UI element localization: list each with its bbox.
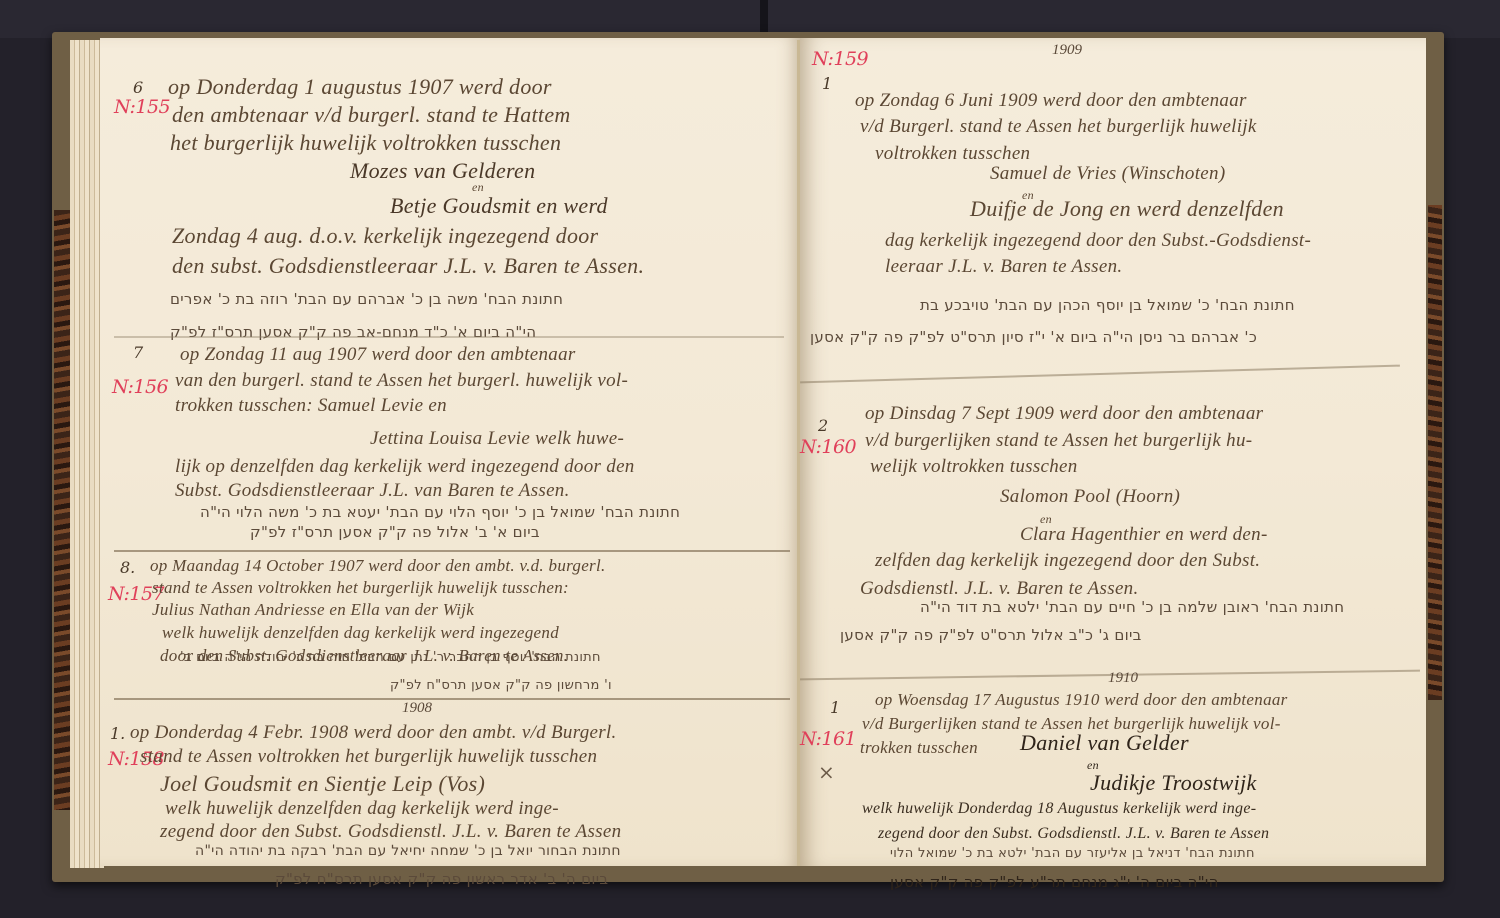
entry-sequence: 1 (830, 698, 840, 717)
entry-text-line: op Donderdag 4 Febr. 1908 werd door den … (130, 722, 617, 744)
page-stack-edge (70, 40, 104, 868)
entry-text-line: v/d Burgerl. stand te Assen het burgerli… (860, 116, 1257, 138)
cross-mark-icon: × (818, 760, 835, 784)
entry-number: N:155 (114, 96, 170, 118)
entry-text-line: stand te Assen voltrokken het burgerlijk… (152, 578, 569, 598)
backdrop-seam (760, 0, 768, 36)
entry-text-line: Joel Goudsmit en Sientje Leip (Vos) (160, 771, 485, 797)
marbled-edge-left (54, 210, 70, 810)
entry-text-line: op Zondag 6 Juni 1909 werd door den ambt… (855, 90, 1247, 112)
entry-text-line: den subst. Godsdienstleeraar J.L. v. Bar… (172, 253, 644, 279)
entry-number: N:156 (112, 376, 168, 398)
entry-text-line: voltrokken tusschen (875, 143, 1030, 165)
entry-text-line: het burgerlijk huwelijk voltrokken tussc… (170, 130, 561, 156)
entry-text-line: welk huwelijk denzelfden dag kerkelijk w… (162, 623, 559, 643)
entry-text-line: Subst. Godsdienstleeraar J.L. van Baren … (175, 480, 570, 502)
entry-text-line: trokken tusschen: Samuel Levie en (175, 395, 447, 417)
left-page: 6 N:155 op Donderdag 1 augustus 1907 wer… (100, 38, 800, 866)
entry-text-line: op Zondag 11 aug 1907 werd door den ambt… (180, 344, 576, 366)
bride-name: Jettina Louisa Levie welk huwe- (370, 428, 624, 450)
right-page: 1909 N:159 1 op Zondag 6 Juni 1909 werd … (800, 38, 1426, 866)
entry-sequence: 8. (120, 558, 135, 577)
entry-text-line: op Woensdag 17 Augustus 1910 werd door d… (875, 690, 1288, 710)
entry-text-line: welijk voltrokken tusschen (870, 456, 1078, 478)
bride-name: Betje Goudsmit en werd (390, 193, 608, 219)
bride-name: Clara Hagenthier en werd den- (1020, 524, 1268, 546)
hebrew-text-line: חתונת הבח' ראובן שלמה בן כ' חיים עם הבת'… (920, 598, 1344, 616)
marbled-edge-right (1428, 205, 1442, 700)
hebrew-text-line: ו' מרחשון פה ק"ק אסען תרס"ח לפ"ק (390, 678, 612, 693)
entry-sequence: 1. (110, 724, 125, 743)
entry-text-line: zelfden dag kerkelijk ingezegend door de… (875, 550, 1260, 572)
entry-text-line: op Donderdag 1 augustus 1907 werd door (168, 74, 552, 100)
entry-text-line: lijk op denzelfden dag kerkelijk werd in… (175, 456, 635, 478)
entry-text-line: Zondag 4 aug. d.o.v. kerkelijk ingezegen… (172, 223, 598, 249)
entry-text-line: Julius Nathan Andriesse en Ella van der … (152, 600, 474, 620)
hebrew-text-line: חתונת הבחור יואל בן כ' שמחה יחיאל עם הבת… (195, 843, 621, 859)
hebrew-text-line: חתונת הבח' דניאל בן אליעזר עם הבת' ילטא … (890, 846, 1255, 861)
year-heading: 1909 (1052, 42, 1082, 59)
hebrew-text-line: חתונת הבח' שמואל בן כ' יוסף הלוי עם הבת'… (200, 503, 680, 521)
entry-sequence: 6 (133, 78, 143, 97)
hebrew-text-line: ביום ה' ב' אדר ראשון פה ק"ק אסען תרס"ח ל… (275, 870, 608, 888)
entry-sequence: 1 (822, 74, 832, 93)
groom-name: Salomon Pool (Hoorn) (1000, 486, 1180, 508)
entry-text-line: den ambtenaar v/d burgerl. stand te Hatt… (172, 102, 571, 128)
entry-text-line: zegend door den Subst. Godsdienstl. J.L.… (160, 821, 621, 843)
entry-text-line: zegend door den Subst. Godsdienstl. J.L.… (878, 825, 1269, 843)
entry-sequence: 2 (818, 416, 828, 435)
year-heading: 1908 (402, 700, 432, 717)
entry-text-line: welk huwelijk denzelfden dag kerkelijk w… (165, 798, 559, 820)
entry-text-line: v/d burgerlijken stand te Assen het burg… (865, 430, 1252, 452)
hebrew-text-line: הי"ה ביום ה' י"ג מנחם תר"ע לפ"ק פה ק"ק א… (890, 873, 1219, 891)
entry-text-line: leeraar J.L. v. Baren te Assen. (885, 256, 1122, 278)
bride-name: Judikje Troostwijk (1090, 770, 1257, 796)
groom-name: Mozes van Gelderen (350, 158, 535, 184)
groom-name: Daniel van Gelder (1020, 730, 1189, 756)
entry-divider (114, 698, 790, 700)
year-heading: 1910 (1108, 670, 1138, 687)
entry-divider (114, 336, 784, 338)
entry-text-line: dag kerkelijk ingezegend door den Subst.… (885, 230, 1311, 252)
entry-text-line: Godsdienstl. J.L. v. Baren te Assen. (860, 578, 1139, 600)
entry-number: N:159 (812, 48, 868, 70)
hebrew-text-line: חתונת הבח' יוסף בן החבר ר' נתן עם הבת' ח… (180, 650, 601, 665)
entry-number: N:160 (800, 436, 856, 458)
groom-name: Samuel de Vries (Winschoten) (990, 163, 1225, 185)
hebrew-text-line: כ' אברהם בר ניסן הי"ה ביום א' י"ז סיון ת… (810, 328, 1257, 346)
bride-name: Duifje de Jong en werd denzelfden (970, 196, 1284, 222)
hebrew-text-line: ביום ג' כ"ב אלול תרס"ט לפ"ק פה ק"ק אסען (840, 626, 1142, 644)
hebrew-text-line: חתונת הבח' כ' שמואל בן יוסף הכהן עם הבת'… (920, 296, 1295, 314)
entry-text-line: welk huwelijk Donderdag 18 Augustus kerk… (862, 800, 1256, 818)
entry-number: N:161 (800, 728, 856, 750)
entry-divider (800, 365, 1400, 384)
entry-divider (114, 550, 790, 552)
entry-text-line: van den burgerl. stand te Assen het burg… (175, 370, 628, 392)
hebrew-text-line: ביום א' ב' אלול פה ק"ק אסען תרס"ז לפ"ק (250, 523, 540, 541)
entry-text-line: trokken tusschen (860, 738, 978, 758)
entry-text-line: op Dinsdag 7 Sept 1909 werd door den amb… (865, 403, 1263, 425)
hebrew-text-line: הי"ה ביום א' כ"ד מנחם-אב פה ק"ק אסען תרס… (170, 323, 536, 341)
entry-sequence: 7 (133, 343, 143, 362)
entry-text-line: op Maandag 14 October 1907 werd door den… (150, 556, 606, 576)
entry-text-line: stand te Assen voltrokken het burgerlijk… (140, 746, 597, 768)
hebrew-text-line: חתונת הבח' משה בן כ' אברהם עם הבת' רוזה … (170, 290, 563, 308)
